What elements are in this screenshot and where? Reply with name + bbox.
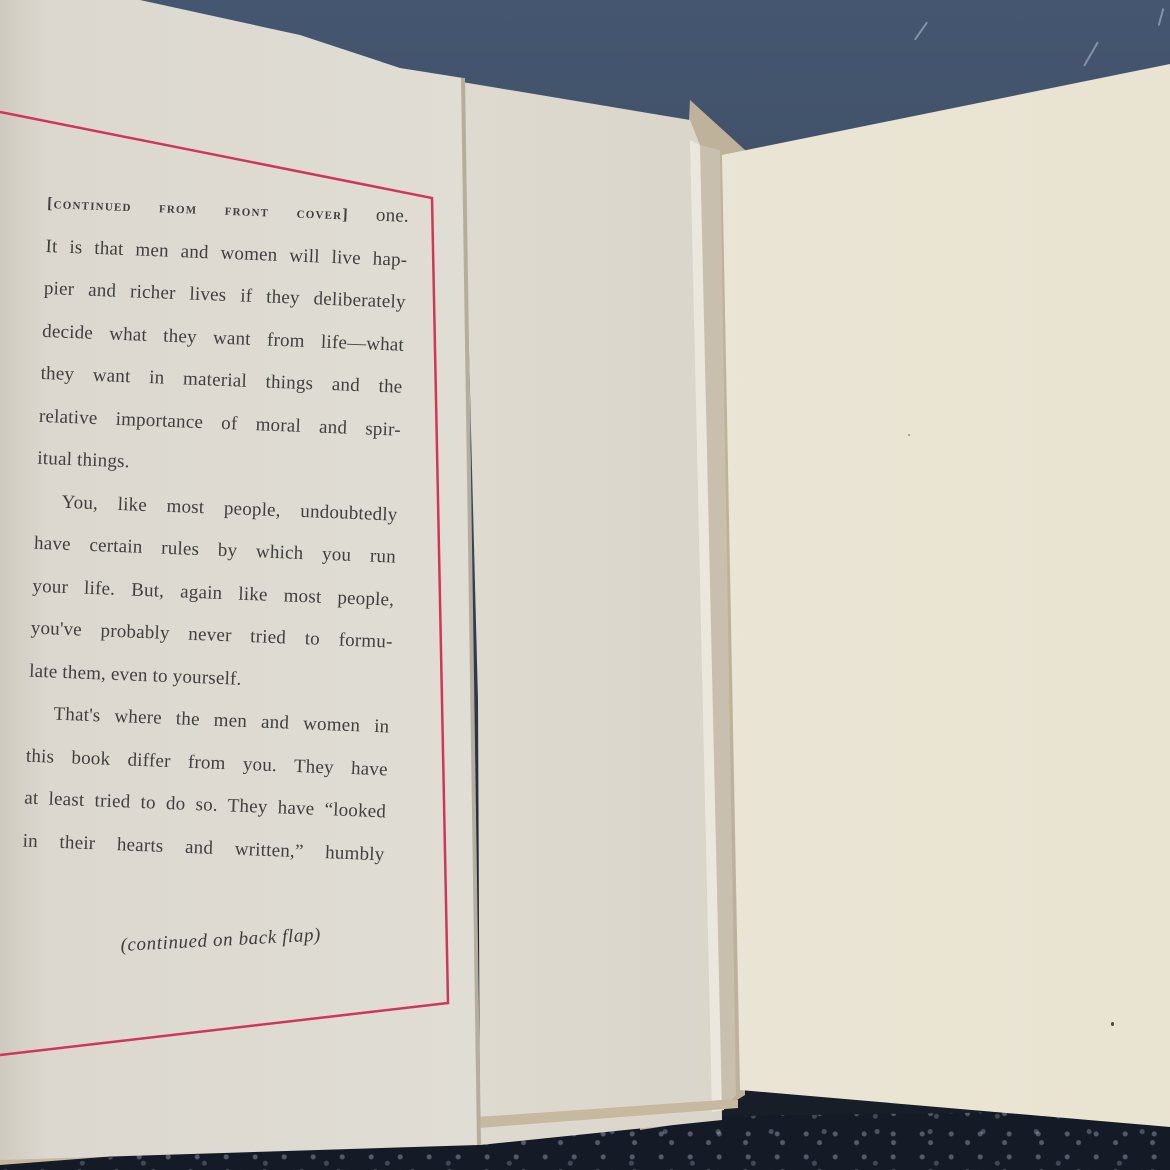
flap-line-text: one. [348,204,409,227]
paper-speck [908,434,910,436]
flap-copy-text: [continued from front cover] one. It is … [22,182,410,876]
paper-speck [1111,1022,1114,1026]
continued-from-front-label: [continued from front cover] [47,195,349,224]
book-photo-scene: [continued from front cover] one. It is … [0,0,1170,1170]
